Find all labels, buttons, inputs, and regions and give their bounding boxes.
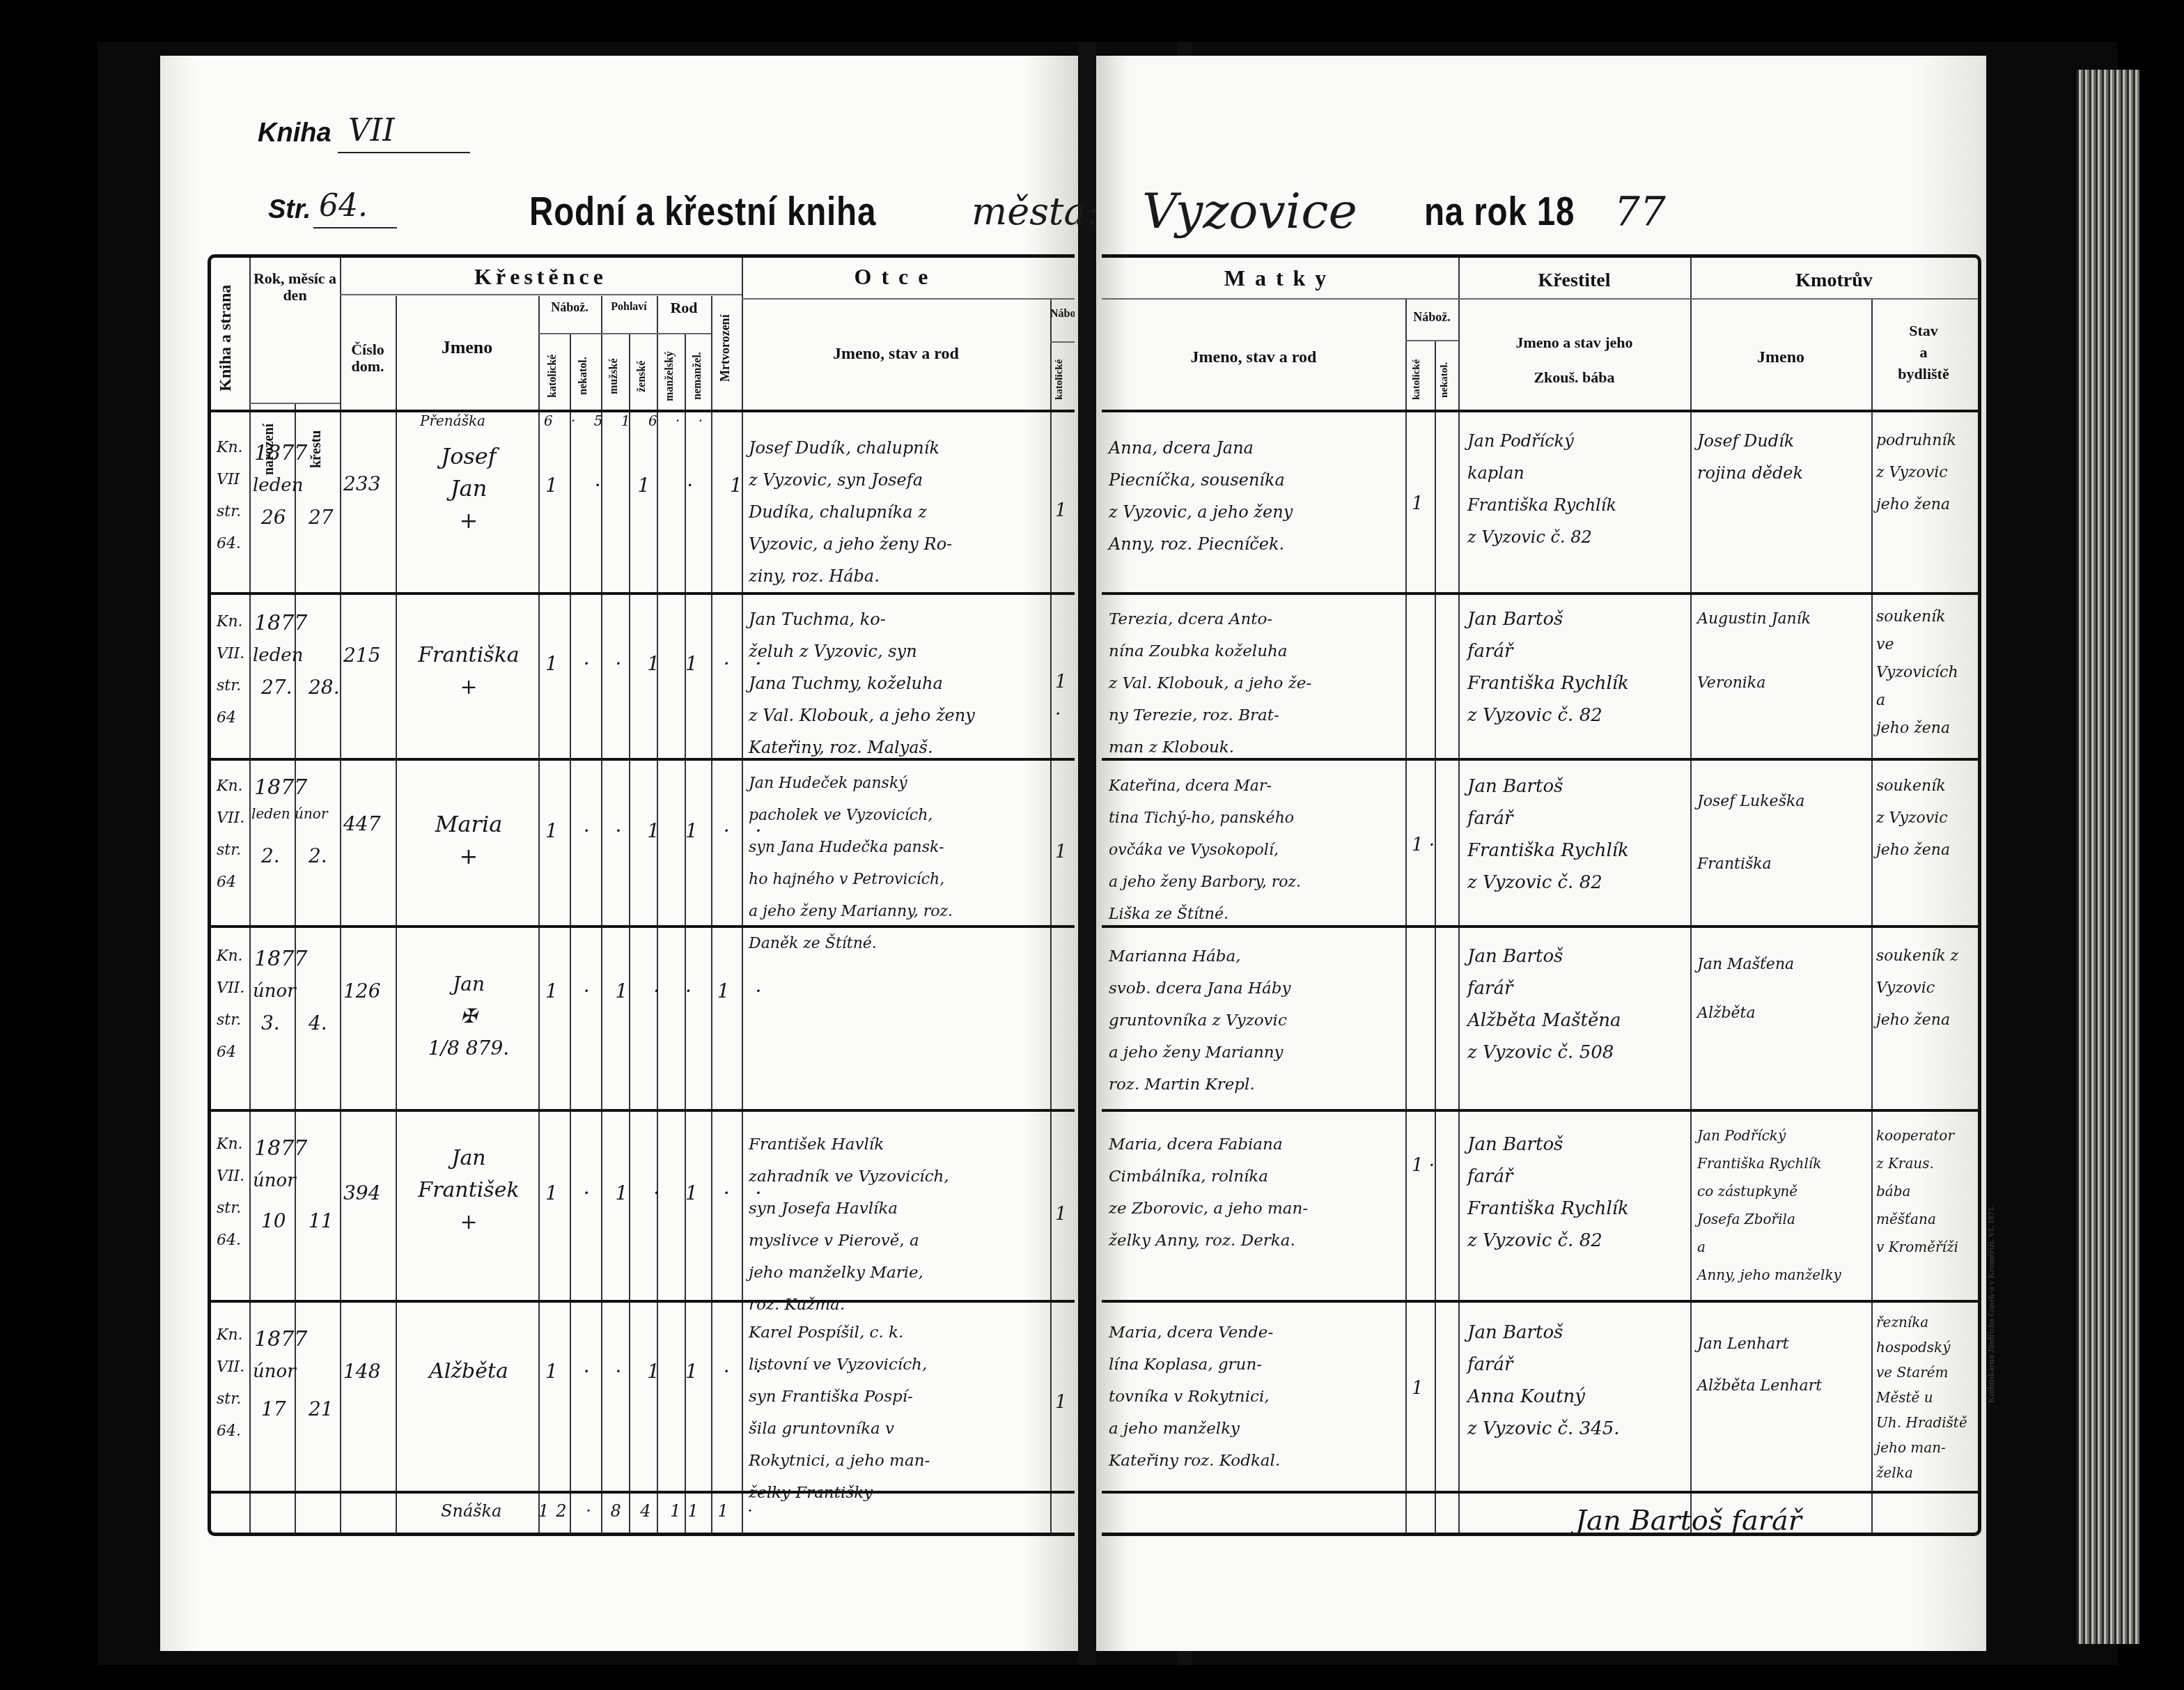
place-type: města: bbox=[972, 189, 1099, 233]
carry-over-note: Přenáška bbox=[420, 412, 485, 429]
col-otce-jmeno: Jmeno, stav a rod bbox=[742, 345, 1050, 363]
month: leden bbox=[253, 470, 303, 502]
col-divider bbox=[570, 334, 571, 1533]
birth-day: 10 bbox=[261, 1205, 286, 1237]
baptizer: Jan Podřícký kaplan Františka Rychlík z … bbox=[1467, 425, 1616, 553]
book-ref: Kn. VII. str. 64 bbox=[217, 606, 244, 734]
str-value: 64. bbox=[319, 188, 368, 224]
col-krestitel-jmeno: Jmeno a stav jeho bbox=[1458, 334, 1690, 351]
month: leden únor bbox=[251, 804, 338, 823]
mother-details: Kateřina, dcera Mar- tina Tichý-ho, pans… bbox=[1109, 770, 1301, 931]
house-number: 126 bbox=[343, 975, 380, 1007]
child-name: Jan František + bbox=[403, 1142, 535, 1239]
col-divider bbox=[396, 296, 397, 1533]
month: leden bbox=[253, 639, 303, 672]
father-details: Karel Pospíšil, c. k. listovní ve Vyzovi… bbox=[749, 1317, 930, 1509]
col-mrtvorozeni: Mrtvorození bbox=[718, 286, 733, 411]
row-rule bbox=[1102, 592, 1978, 595]
house-number: 447 bbox=[343, 808, 380, 840]
child-name: Františka + bbox=[403, 639, 535, 704]
totals-label: Snáška bbox=[441, 1495, 501, 1527]
col-kmotr-jmeno: Jmeno bbox=[1690, 348, 1871, 366]
col-otce-naboz: Nábož. bbox=[1050, 308, 1075, 320]
header-rule bbox=[340, 294, 742, 295]
tally-marks: 1 · · 1 1 · · bbox=[545, 1356, 771, 1388]
godparent-status: podruhník z Vyzovic jeho žena bbox=[1876, 425, 1956, 521]
baptism-day: 28. bbox=[309, 672, 340, 704]
birth-day: 17 bbox=[261, 1393, 286, 1425]
header-rule bbox=[249, 403, 340, 404]
godparent-name: Josef Lukeška Františka bbox=[1697, 770, 1804, 896]
baptizer: Jan Bartoš farář Františka Rychlík z Vyz… bbox=[1467, 603, 1629, 731]
col-naboz: Nábož. bbox=[538, 301, 601, 315]
father-details: Josef Dudík, chalupník z Vyzovic, syn Jo… bbox=[749, 432, 952, 592]
col-group-kmotruv: Kmotrův bbox=[1690, 270, 1978, 292]
father-religion: 1 · bbox=[1055, 666, 1075, 730]
col-rod: Rod bbox=[657, 300, 711, 316]
str-underline bbox=[313, 227, 397, 228]
baptism-day: 2. bbox=[309, 840, 327, 872]
col-zkous-baba: Zkouš. bába bbox=[1458, 369, 1690, 386]
register-title: Rodní a křestní kniha bbox=[529, 188, 876, 235]
col-divider bbox=[1871, 300, 1873, 1533]
child-name: Jan ✠ 1/8 879. bbox=[403, 968, 535, 1064]
col-jmeno: Jmeno bbox=[399, 338, 535, 358]
kniha-underline bbox=[338, 152, 470, 153]
baptism-day: 11 bbox=[309, 1205, 334, 1237]
book-ref: Kn. VII. str. 64. bbox=[217, 1319, 244, 1448]
tally-marks: 1 · · 1 1 · · bbox=[545, 648, 771, 680]
month: únor bbox=[253, 1165, 296, 1197]
row-rule bbox=[1102, 1491, 1978, 1494]
baptizer: Jan Bartoš farář Alžběta Maštěna z Vyzov… bbox=[1467, 940, 1621, 1069]
godparent-name: Jan Podřícký Františka Rychlík co zástup… bbox=[1697, 1122, 1841, 1289]
col-cislo-dom: Číslo dom. bbox=[343, 341, 392, 375]
col-nekatol: nekatol. bbox=[577, 341, 590, 411]
col-matky-naboz: Nábož. bbox=[1405, 311, 1458, 325]
mother-religion: 1 bbox=[1412, 1372, 1423, 1404]
col-manzelsky: manželský bbox=[664, 341, 676, 411]
header-rule bbox=[1405, 340, 1458, 341]
house-number: 233 bbox=[343, 468, 380, 500]
father-details: František Havlík zahradník ve Vyzovicích… bbox=[749, 1129, 949, 1321]
book-ref: Kn. VII. str. 64. bbox=[217, 1129, 244, 1257]
father-religion: 1 bbox=[1055, 836, 1067, 868]
col-muzske: mužské bbox=[608, 341, 621, 411]
col-rok-mesic-den: Rok, měsíc a den bbox=[251, 270, 338, 304]
book-ref: Kn. VII str. 64. bbox=[217, 432, 243, 560]
godparent-status: soukeník z Vyzovic jeho žena bbox=[1876, 940, 1958, 1037]
birth-year: 1877 bbox=[254, 943, 307, 975]
godparent-name: Jan Mašťena Alžběta bbox=[1697, 940, 1794, 1038]
col-zenske: ženské bbox=[636, 341, 648, 411]
col-divider bbox=[1458, 258, 1460, 1533]
col-stav-bydliste: Stav a bydliště bbox=[1871, 320, 1976, 385]
col-matky-jmeno: Jmeno, stav a rod bbox=[1102, 348, 1405, 366]
godparent-name: Jan Lenhart Alžběta Lenhart bbox=[1697, 1324, 1822, 1407]
col-group-krestence: Křestěnce bbox=[340, 265, 742, 289]
header-rule bbox=[538, 333, 711, 334]
birth-day: 2. bbox=[261, 840, 280, 872]
birth-year: 1877 bbox=[254, 1133, 307, 1165]
birth-year: 1877 bbox=[254, 437, 307, 470]
col-divider bbox=[1050, 300, 1052, 1533]
place-name: Vyzovice bbox=[1142, 183, 1357, 240]
birth-day: 26 bbox=[261, 502, 286, 534]
birth-day: 3. bbox=[261, 1007, 280, 1039]
godparent-status: soukeník z Vyzovic jeho žena bbox=[1876, 770, 1950, 867]
col-group-otce: Otce bbox=[742, 265, 1050, 289]
year-label: na rok 18 bbox=[1424, 188, 1575, 235]
col-divider bbox=[340, 258, 341, 1533]
godparent-status: soukeník ve Vyzovicích a jeho žena bbox=[1876, 603, 1958, 743]
baptizer: Jan Bartoš farář Františka Rychlík z Vyz… bbox=[1467, 770, 1629, 899]
godparent-status: kooperator z Kraus. bába měšťana v Kromě… bbox=[1876, 1122, 1958, 1261]
col-divider bbox=[685, 334, 686, 1533]
mother-details: Maria, dcera Vende- lína Koplasa, grun- … bbox=[1109, 1317, 1280, 1477]
godparent-name: Augustin Janík Veronika bbox=[1697, 603, 1811, 699]
header-rule bbox=[742, 298, 1075, 300]
baptism-day: 27 bbox=[309, 502, 334, 534]
col-divider bbox=[1435, 341, 1436, 1533]
kniha-label: Kniha bbox=[258, 118, 331, 148]
col-group-krestitel: Křestitel bbox=[1458, 270, 1690, 292]
row-rule bbox=[1102, 1109, 1978, 1112]
father-religion: 1 bbox=[1055, 1386, 1067, 1418]
carry-over-counts: 6 · 5 1 6 · · bbox=[544, 412, 710, 429]
father-details: Jan Hudeček panský pacholek ve Vyzovicíc… bbox=[749, 768, 953, 960]
col-divider bbox=[249, 258, 251, 1533]
printer-imprint: Knihtiskárna Jindřicha Gusek-a v Kroměří… bbox=[1986, 1205, 1997, 1403]
month: únor bbox=[253, 1356, 296, 1388]
tally-marks: 1 · · 1 1 · · bbox=[545, 815, 771, 847]
priest-signature: Jan Bartoš farář bbox=[1575, 1505, 1802, 1537]
child-name: Maria + bbox=[403, 808, 535, 872]
birth-year: 1877 bbox=[254, 1324, 307, 1356]
month: únor bbox=[253, 975, 296, 1007]
col-krestu: křestu bbox=[309, 411, 325, 488]
godparent-status: řezníka hospodský ve Starém Městě u Uh. … bbox=[1876, 1310, 1967, 1485]
col-katolicke: katolické bbox=[547, 341, 559, 411]
col-group-matky: Matky bbox=[1102, 266, 1458, 290]
col-divider bbox=[629, 334, 630, 1533]
father-details: Jan Tuchma, ko- želuh z Vyzovic, syn Jan… bbox=[749, 603, 975, 763]
tally-marks: 1 · 1 · 1 bbox=[545, 470, 758, 502]
birth-day: 27. bbox=[261, 672, 292, 704]
book-ref: Kn. VII. str. 64 bbox=[217, 940, 244, 1069]
right-register-table: Matky Jmeno, stav a rod Nábož. katolické… bbox=[1102, 254, 1981, 1536]
book-ref: Kn. VII. str. 64 bbox=[217, 770, 244, 899]
row-rule bbox=[211, 1109, 1075, 1112]
baptism-day: 4. bbox=[309, 1007, 327, 1039]
row-rule bbox=[1102, 410, 1978, 412]
tally-marks: 1 · 1 · · 1 · bbox=[545, 975, 771, 1007]
mother-details: Marianna Hába, svob. dcera Jana Háby gru… bbox=[1109, 940, 1290, 1101]
father-religion: 1 bbox=[1055, 495, 1067, 527]
father-religion: 1 bbox=[1055, 1198, 1067, 1230]
child-name: Josef Jan + bbox=[413, 440, 524, 536]
house-number: 148 bbox=[343, 1356, 380, 1388]
tally-marks: 1 · 1 · 1 · · bbox=[545, 1177, 771, 1209]
gutter bbox=[1078, 42, 1096, 1665]
col-pohlavi: Pohlaví bbox=[601, 301, 657, 313]
kniha-value: VII bbox=[348, 113, 395, 148]
child-name: Alžběta bbox=[403, 1356, 535, 1388]
house-number: 394 bbox=[343, 1177, 380, 1209]
mother-religion: 1 · bbox=[1412, 1149, 1435, 1181]
col-divider bbox=[538, 296, 540, 1533]
col-divider bbox=[1690, 258, 1692, 1533]
baptizer: Jan Bartoš farář Františka Rychlík z Vyz… bbox=[1467, 1129, 1629, 1257]
row-rule bbox=[1102, 1300, 1978, 1303]
col-otce-katolicke: katolické bbox=[1054, 348, 1066, 411]
mother-details: Maria, dcera Fabiana Cimbálníka, rolníka… bbox=[1109, 1129, 1308, 1257]
totals-values: 12 · 8 4 11 1 · bbox=[538, 1495, 760, 1527]
birth-year: 1877 bbox=[254, 607, 307, 639]
year-suffix: 77 bbox=[1614, 188, 1666, 235]
baptizer: Jan Bartoš farář Anna Koutný z Vyzovic č… bbox=[1467, 1317, 1620, 1445]
header-rule bbox=[1050, 341, 1075, 343]
left-register-table: Kniha a strana Rok, měsíc a den narození… bbox=[208, 254, 1075, 1536]
col-divider bbox=[1405, 300, 1407, 1533]
col-nemanzel: nemanžel. bbox=[692, 341, 704, 411]
row-rule bbox=[211, 1491, 1075, 1494]
mother-religion: 1 · bbox=[1412, 829, 1435, 861]
birth-year: 1877 bbox=[254, 772, 307, 804]
mother-details: Terezia, dcera Anto- nína Zoubka koželuh… bbox=[1109, 603, 1311, 763]
col-kniha-a-strana: Kniha a strana bbox=[217, 272, 235, 404]
col-divider bbox=[742, 258, 743, 1533]
row-rule bbox=[211, 592, 1075, 595]
mother-religion: 1 bbox=[1412, 488, 1423, 520]
str-label: Str. bbox=[268, 195, 311, 225]
col-matky-nekatol: nekatol. bbox=[1439, 348, 1451, 411]
baptism-day: 21 bbox=[309, 1393, 334, 1425]
house-number: 215 bbox=[343, 639, 380, 672]
mother-details: Anna, dcera Jana Piecníčka, souseníka z … bbox=[1109, 432, 1293, 560]
header-rule bbox=[1102, 298, 1978, 300]
col-matky-katolicke: katolické bbox=[1411, 348, 1423, 411]
page-edges bbox=[2077, 70, 2139, 1644]
godparent-name: Josef Dudík rojina dědek bbox=[1697, 425, 1803, 489]
